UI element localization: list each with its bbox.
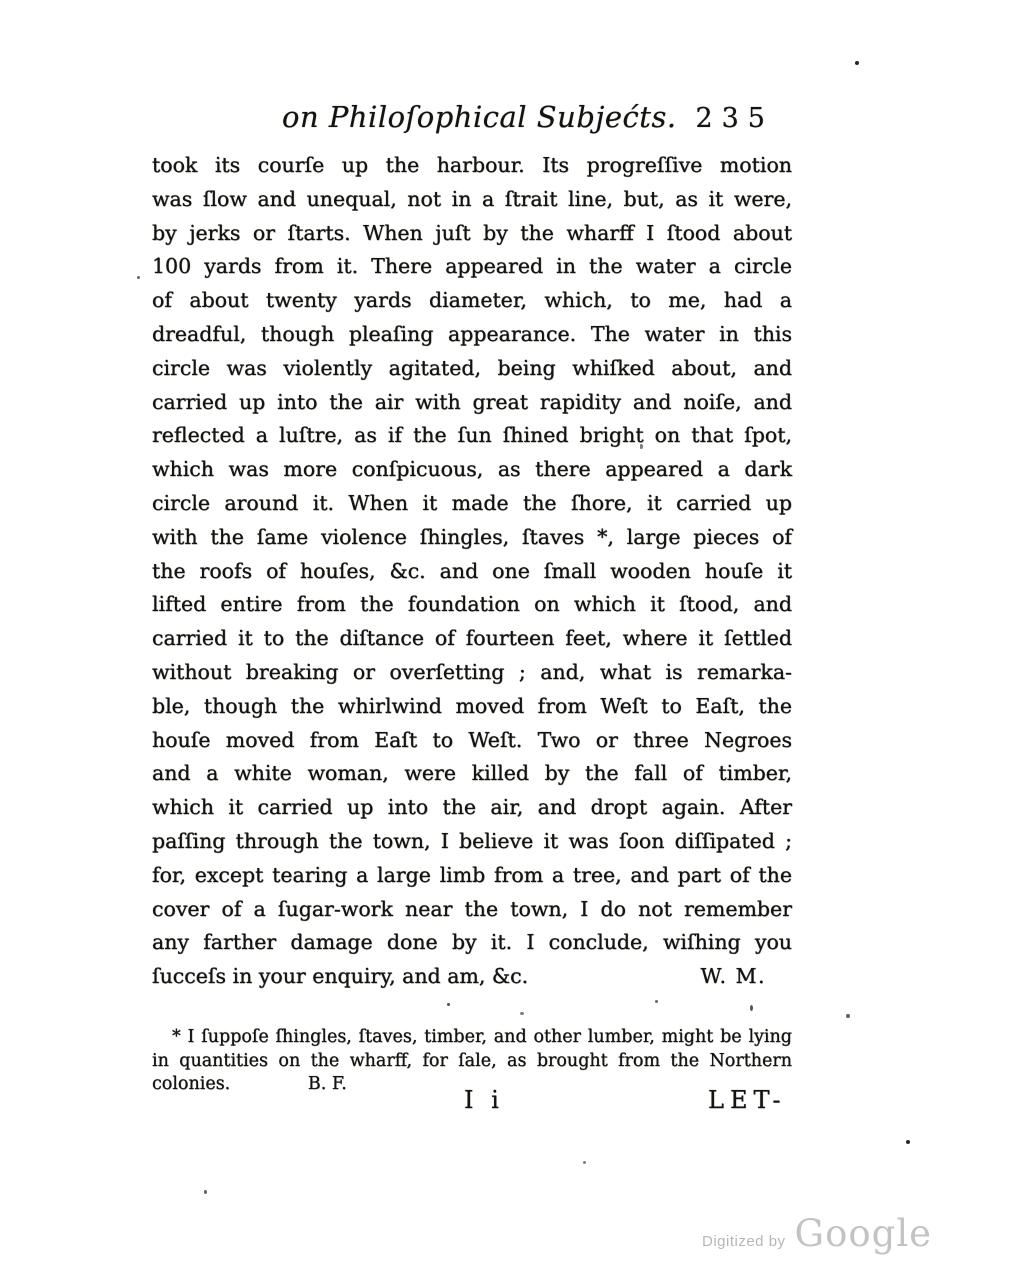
ink-speck — [750, 1005, 753, 1011]
body-line: by jerks or ſtarts. When juſt by the wha… — [152, 217, 792, 251]
body-line: cover of a ſugar-work near the town, I d… — [152, 893, 792, 927]
ink-speck — [520, 1012, 524, 1015]
ink-speck — [583, 1161, 586, 1164]
body-line: houſe moved from Eaſt to Weſt. Two or th… — [152, 724, 792, 758]
footnote-line: * I ſuppoſe ſhingles, ſtaves, timber, an… — [152, 1026, 792, 1050]
book-page: on Philoſophical Subjećts. 235 took its … — [0, 0, 1014, 1282]
body-line: of about twenty yards diameter, which, t… — [152, 284, 792, 318]
body-line: circle around it. When it made the ſhore… — [152, 487, 792, 521]
ink-speck — [640, 444, 643, 449]
body-line: ble, though the whirlwind moved from Weſ… — [152, 690, 792, 724]
body-line: lifted entire from the foundation on whi… — [152, 588, 792, 622]
closing-line: ſucceſs in your enquiry, and am, &c. W. … — [152, 960, 792, 994]
signature-mark: I i — [464, 1086, 504, 1114]
ink-speck — [846, 1014, 850, 1018]
body-line: carried up into the air with great rapid… — [152, 386, 792, 420]
running-header: on Philoſophical Subjećts. 235 — [152, 100, 792, 142]
footnote-line: in quantities on the wharff, for ſale, a… — [152, 1050, 792, 1074]
ink-speck — [204, 1190, 207, 1194]
body-line: which it carried up into the air, and dr… — [152, 791, 792, 825]
body-line: which was more conſpicuous, as there app… — [152, 453, 792, 487]
body-line: any farther damage done by it. I conclud… — [152, 926, 792, 960]
body-line: took its courſe up the harbour. Its prog… — [152, 149, 792, 183]
body-line: dreadful, though pleaſing appearance. Th… — [152, 318, 792, 352]
body-line: and a white woman, were killed by the fa… — [152, 757, 792, 791]
body-line: 100 yards from it. There appeared in the… — [152, 250, 792, 284]
body-line: carried it to the diſtance of fourteen f… — [152, 622, 792, 656]
body-line: paſſing through the town, I believe it w… — [152, 825, 792, 859]
running-title: on Philoſophical Subjećts. — [282, 100, 677, 134]
ink-speck — [137, 276, 140, 279]
letter-signature: W. M. — [700, 960, 766, 994]
body-line: with the ſame violence ſhingles, ſtaves … — [152, 521, 792, 555]
body-line: the roofs of houſes, &c. and one ſmall w… — [152, 555, 792, 589]
google-watermark: Digitized by Google — [702, 1212, 932, 1255]
body-line: reflected a luſtre, as if the ſun ſhined… — [152, 419, 792, 453]
page-foot-row: I i LET- — [152, 1086, 792, 1120]
ink-speck — [906, 1140, 910, 1144]
letter-body: took its courſe up the harbour. Its prog… — [152, 149, 792, 994]
body-line: was ſlow and unequal, not in a ſtrait li… — [152, 183, 792, 217]
catchword: LET- — [708, 1086, 786, 1114]
ink-speck — [855, 61, 859, 65]
google-logo: Google — [795, 1212, 933, 1255]
body-line: circle was violently agitated, being whi… — [152, 352, 792, 386]
page-number: 235 — [695, 103, 774, 134]
body-line: without breaking or overſetting ; and, w… — [152, 656, 792, 690]
body-line: for, except tearing a large limb from a … — [152, 859, 792, 893]
ink-speck — [655, 1000, 658, 1003]
ink-speck — [447, 1003, 450, 1006]
watermark-prefix: Digitized by — [702, 1233, 786, 1250]
closing-text: ſucceſs in your enquiry, and am, &c. — [152, 960, 528, 994]
